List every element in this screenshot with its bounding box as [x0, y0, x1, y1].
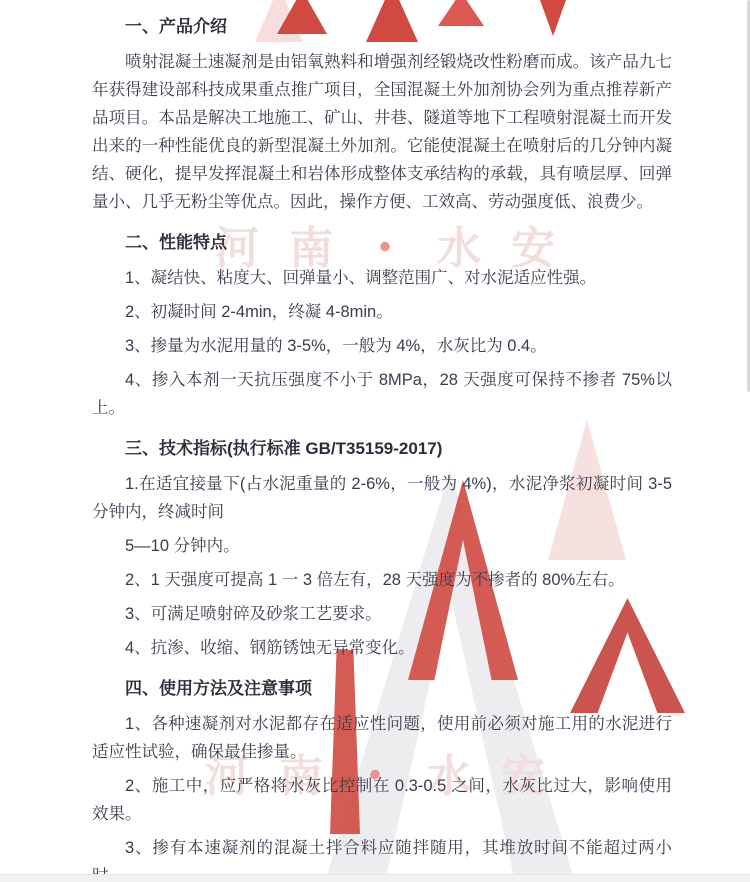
- section-heading-4: 四、使用方法及注意事项: [92, 674, 672, 704]
- list-item: 2、1 天强度可提高 1 一 3 倍左有，28 天强度为不掺者的 80%左右。: [92, 566, 672, 594]
- list-item: 1、各种速凝剂对水泥都存在适应性问题，使用前必须对施工用的水泥进行适应性试验，确…: [92, 710, 672, 766]
- section-heading-3: 三、技术指标(执行标准 GB/T35159-2017): [92, 434, 672, 464]
- paragraph: 喷射混凝土速凝剂是由铝氧熟料和增强剂经锻烧改性粉磨而成。该产品九七年获得建设部科…: [92, 48, 672, 216]
- list-item: 1.在适宜接量下(占水泥重量的 2-6%，一般为 4%)，水泥净浆初凝时间 3-…: [92, 470, 672, 526]
- list-item: 4、抗渗、收缩、钢筋锈蚀无异常变化。: [92, 634, 672, 662]
- list-item: 3、掺量为水泥用量的 3-5%，一般为 4%，水灰比为 0.4。: [92, 332, 672, 360]
- page-bottom-divider: [0, 874, 750, 882]
- section-heading-2: 二、性能特点: [92, 228, 672, 258]
- section-heading-1: 一、产品介绍: [92, 12, 672, 42]
- list-item: 2、施工中，应严格将水灰比控制在 0.3-0.5 之间，水灰比过大，影响使用效果…: [92, 772, 672, 828]
- list-item: 1、凝结快、粘度大、回弹量小、调整范围广、对水泥适应性强。: [92, 264, 672, 292]
- list-item: 3、可满足喷射碎及砂浆工艺要求。: [92, 600, 672, 628]
- list-item: 4、掺入本剂一天抗压强度不小于 8MPa，28 天强度可保持不掺者 75%以上。: [92, 366, 672, 422]
- list-item: 5—10 分钟内。: [92, 532, 672, 560]
- list-item: 2、初凝时间 2-4min，终凝 4-8min。: [92, 298, 672, 326]
- document-body: 一、产品介绍 喷射混凝土速凝剂是由铝氧熟料和增强剂经锻烧改性粉磨而成。该产品九七…: [0, 0, 672, 882]
- document-page: 河南・水安 河南・水安 一、产品介绍 喷射混凝土速凝剂是由铝氧熟料和增强剂经锻烧…: [0, 0, 750, 882]
